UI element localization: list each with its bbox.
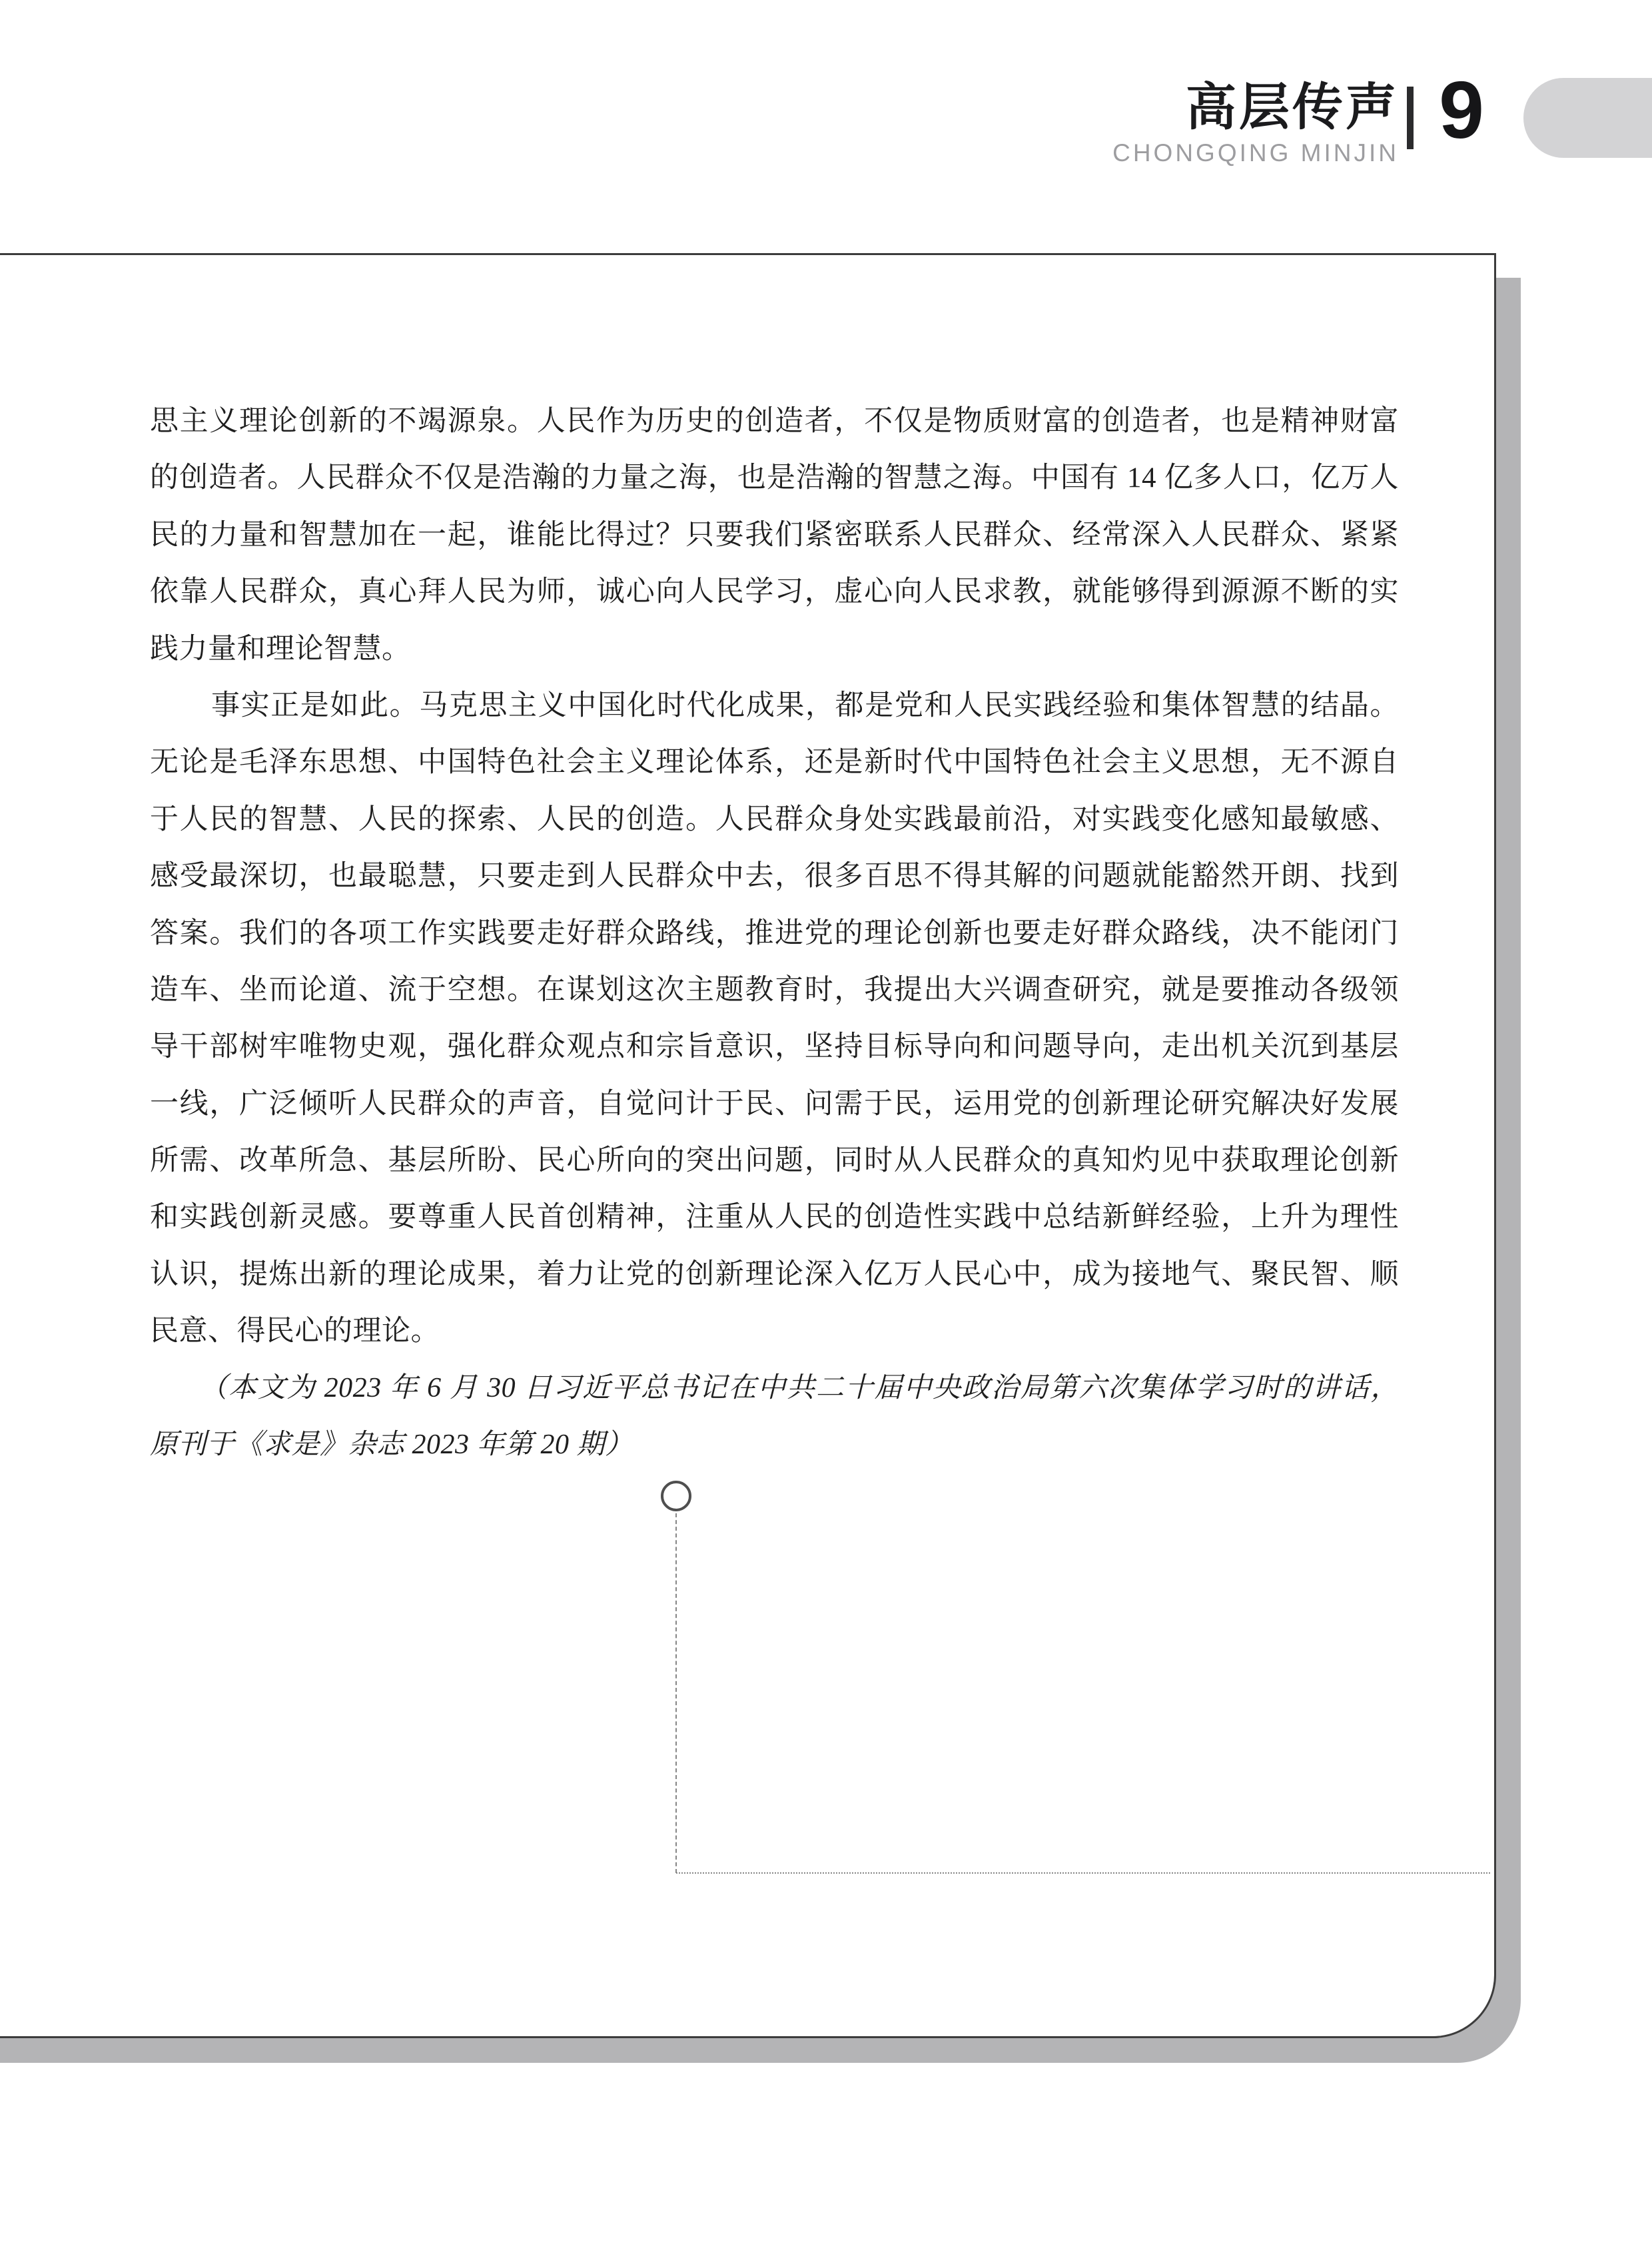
text-line: 导干部树牢唯物史观，强化群众观点和宗旨意识，坚持目标导向和问题导向，走出机关沉到… xyxy=(150,1018,1399,1075)
page-number: 9 xyxy=(1424,69,1499,151)
text-line: 一线，广泛倾听人民群众的声音，自觉问计于民、问需于民，运用党的创新理论研究解决好… xyxy=(150,1076,1399,1132)
text-line: 认识，提炼出新的理论成果，着力让党的创新理论深入亿万人民心中，成为接地气、聚民智… xyxy=(150,1246,1399,1303)
footnote-line: 原刊于《求是》杂志 2023 年第 20 期） xyxy=(150,1417,1399,1473)
text-line: 思主义理论创新的不竭源泉。人民作为历史的创造者，不仅是物质财富的创造者，也是精神… xyxy=(150,393,1399,450)
leader-line-horizontal xyxy=(676,1872,1490,1874)
text-line: 于人民的智慧、人民的探索、人民的创造。人民群众身处实践最前沿，对实践变化感知最敏… xyxy=(150,791,1399,848)
page-header: 高层传声 CHONGQING MINJIN xyxy=(1112,80,1399,168)
section-title: 高层传声 xyxy=(1112,80,1399,136)
text-line: 民意、得民心的理论。 xyxy=(150,1303,1399,1359)
header-corner-tab xyxy=(1523,78,1652,158)
section-subtitle: CHONGQING MINJIN xyxy=(1112,139,1399,168)
text-line: 民的力量和智慧加在一起，谁能比得过？只要我们紧密联系人民群众、经常深入人民群众、… xyxy=(150,507,1399,563)
circle-marker-icon xyxy=(661,1481,691,1511)
header-divider-bar xyxy=(1407,87,1414,149)
text-line: 答案。我们的各项工作实践要走好群众路线，推进党的理论创新也要走好群众路线，决不能… xyxy=(150,905,1399,962)
text-line: 践力量和理论智慧。 xyxy=(150,621,1399,677)
article-body: 思主义理论创新的不竭源泉。人民作为历史的创造者，不仅是物质财富的创造者，也是精神… xyxy=(150,393,1399,1473)
text-line: 和实践创新灵感。要尊重人民首创精神，注重从人民的创造性实践中总结新鲜经验，上升为… xyxy=(150,1189,1399,1246)
text-line: 无论是毛泽东思想、中国特色社会主义理论体系，还是新时代中国特色社会主义思想，无不… xyxy=(150,734,1399,791)
magazine-page: 高层传声 CHONGQING MINJIN 9 思主义理论创新的不竭源泉。人民作… xyxy=(0,0,1652,2242)
text-line: 的创造者。人民群众不仅是浩瀚的力量之海，也是浩瀚的智慧之海。中国有 14 亿多人… xyxy=(150,450,1399,506)
leader-line-vertical xyxy=(675,1513,677,1873)
footnote-line: （本文为 2023 年 6 月 30 日习近平总书记在中共二十届中央政治局第六次… xyxy=(150,1360,1399,1417)
text-line: 事实正是如此。马克思主义中国化时代化成果，都是党和人民实践经验和集体智慧的结晶。 xyxy=(150,677,1399,734)
text-line: 造车、坐而论道、流于空想。在谋划这次主题教育时，我提出大兴调查研究，就是要推动各… xyxy=(150,962,1399,1018)
text-line: 依靠人民群众，真心拜人民为师，诚心向人民学习，虚心向人民求教，就能够得到源源不断… xyxy=(150,563,1399,620)
text-line: 所需、改革所急、基层所盼、民心所向的突出问题，同时从人民群众的真知灼见中获取理论… xyxy=(150,1132,1399,1189)
text-line: 感受最深切，也最聪慧，只要走到人民群众中去，很多百思不得其解的问题就能豁然开朗、… xyxy=(150,848,1399,905)
